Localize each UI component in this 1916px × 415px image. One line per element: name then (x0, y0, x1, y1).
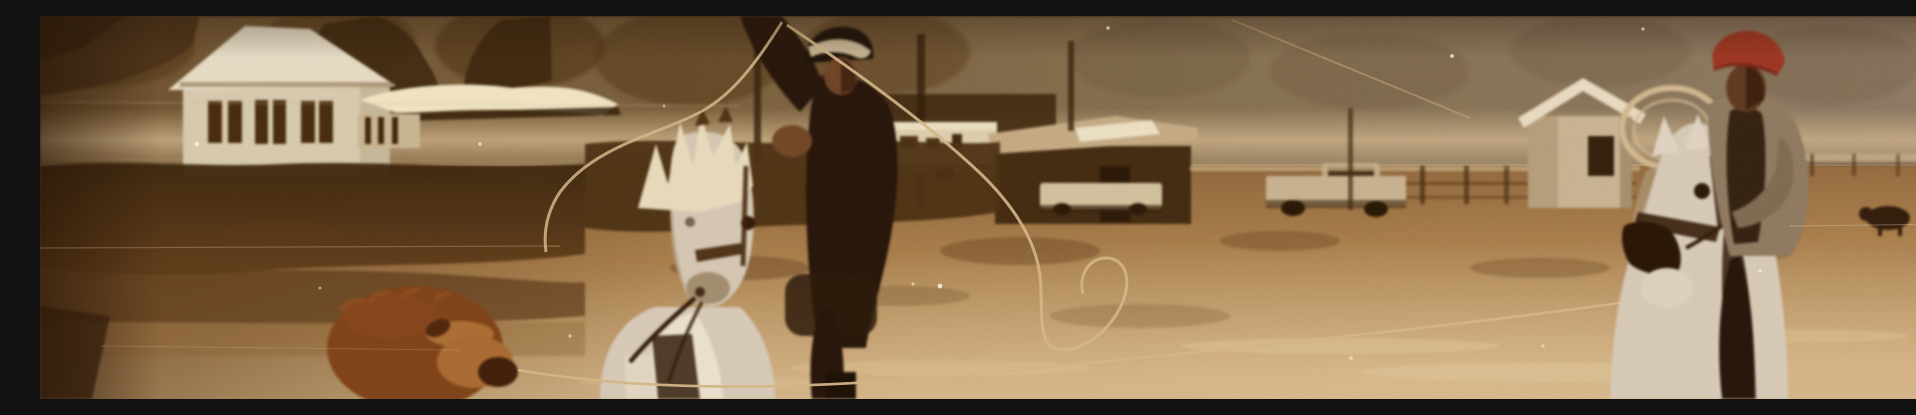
photo-effects (40, 16, 1916, 399)
photo-canvas: sepia print with heavy film grain, scrat… (40, 16, 1916, 399)
rodeo-photograph: sepia print with heavy film grain, scrat… (40, 16, 1916, 399)
film-grain (40, 16, 1916, 399)
